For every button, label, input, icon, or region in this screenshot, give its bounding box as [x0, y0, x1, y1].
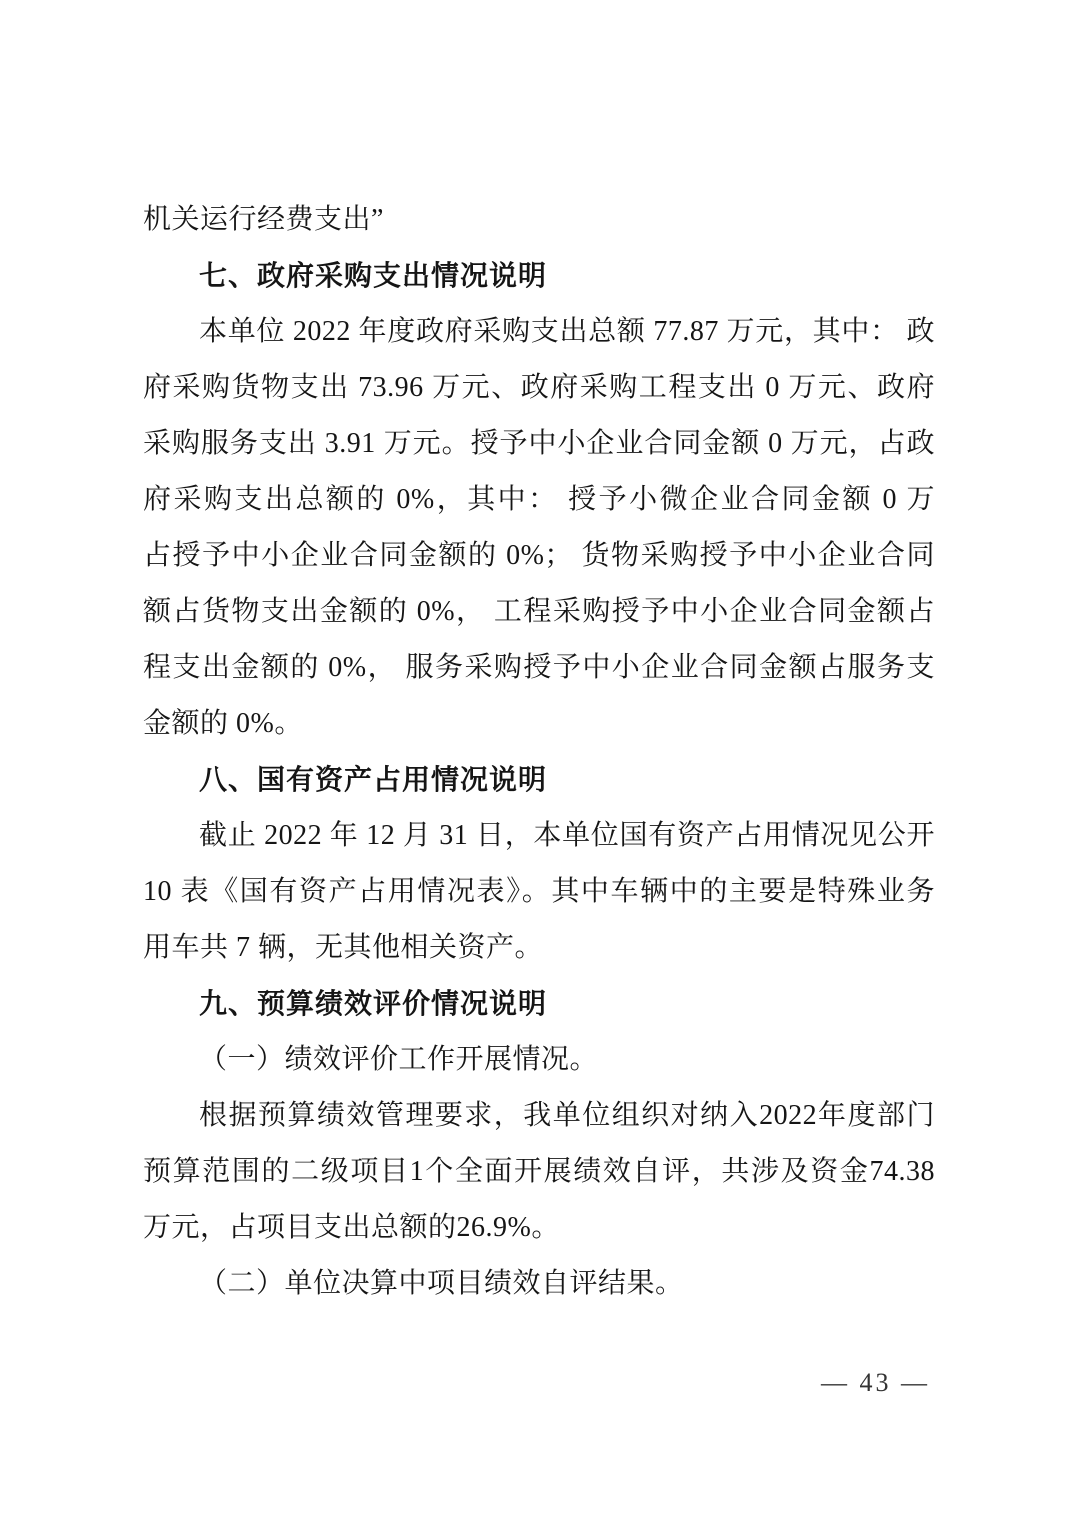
page-number: — 43 —: [821, 1368, 930, 1398]
text-line: 10 表《国有资产占用情况表》。其中车辆中的主要是特殊业务: [143, 864, 935, 920]
document-body: 机关运行经费支出”七、政府采购支出情况说明本单位 2022 年度政府采购支出总额…: [143, 192, 935, 1312]
text-line: 采购服务支出 3.91 万元。授予中小企业合同金额 0 万元，占政: [143, 416, 935, 472]
text-line: 府采购支出总额的 0%，其中： 授予小微企业合同金额 0 万元，: [143, 472, 935, 528]
text-line: 万元，占项目支出总额的26.9%。: [143, 1200, 935, 1256]
text-line: 用车共 7 辆，无其他相关资产。: [143, 920, 935, 976]
text-line: （二）单位决算中项目绩效自评结果。: [143, 1256, 935, 1312]
text-line: 额占货物支出金额的 0%， 工程采购授予中小企业合同金额占工: [143, 584, 935, 640]
text-line: 府采购货物支出 73.96 万元、政府采购工程支出 0 万元、政府: [143, 360, 935, 416]
text-line: 程支出金额的 0%， 服务采购授予中小企业合同金额占服务支出: [143, 640, 935, 696]
section-heading: 八、国有资产占用情况说明: [143, 752, 935, 808]
text-line: 本单位 2022 年度政府采购支出总额 77.87 万元，其中： 政: [143, 304, 935, 360]
section-heading: 七、政府采购支出情况说明: [143, 248, 935, 304]
text-line: 截止 2022 年 12 月 31 日，本单位国有资产占用情况见公开: [143, 808, 935, 864]
text-line: （一）绩效评价工作开展情况。: [143, 1032, 935, 1088]
text-line: 预算范围的二级项目1个全面开展绩效自评，共涉及资金74.38: [143, 1144, 935, 1200]
text-line: 机关运行经费支出”: [143, 192, 935, 248]
text-line: 根据预算绩效管理要求，我单位组织对纳入2022年度部门: [143, 1088, 935, 1144]
text-line: 占授予中小企业合同金额的 0%； 货物采购授予中小企业合同金: [143, 528, 935, 584]
text-line: 金额的 0%。: [143, 696, 935, 752]
page-background: 机关运行经费支出”七、政府采购支出情况说明本单位 2022 年度政府采购支出总额…: [0, 0, 1074, 1520]
section-heading: 九、预算绩效评价情况说明: [143, 976, 935, 1032]
document-page: { "document": { "language": "zh-CN", "ty…: [0, 0, 1074, 1520]
